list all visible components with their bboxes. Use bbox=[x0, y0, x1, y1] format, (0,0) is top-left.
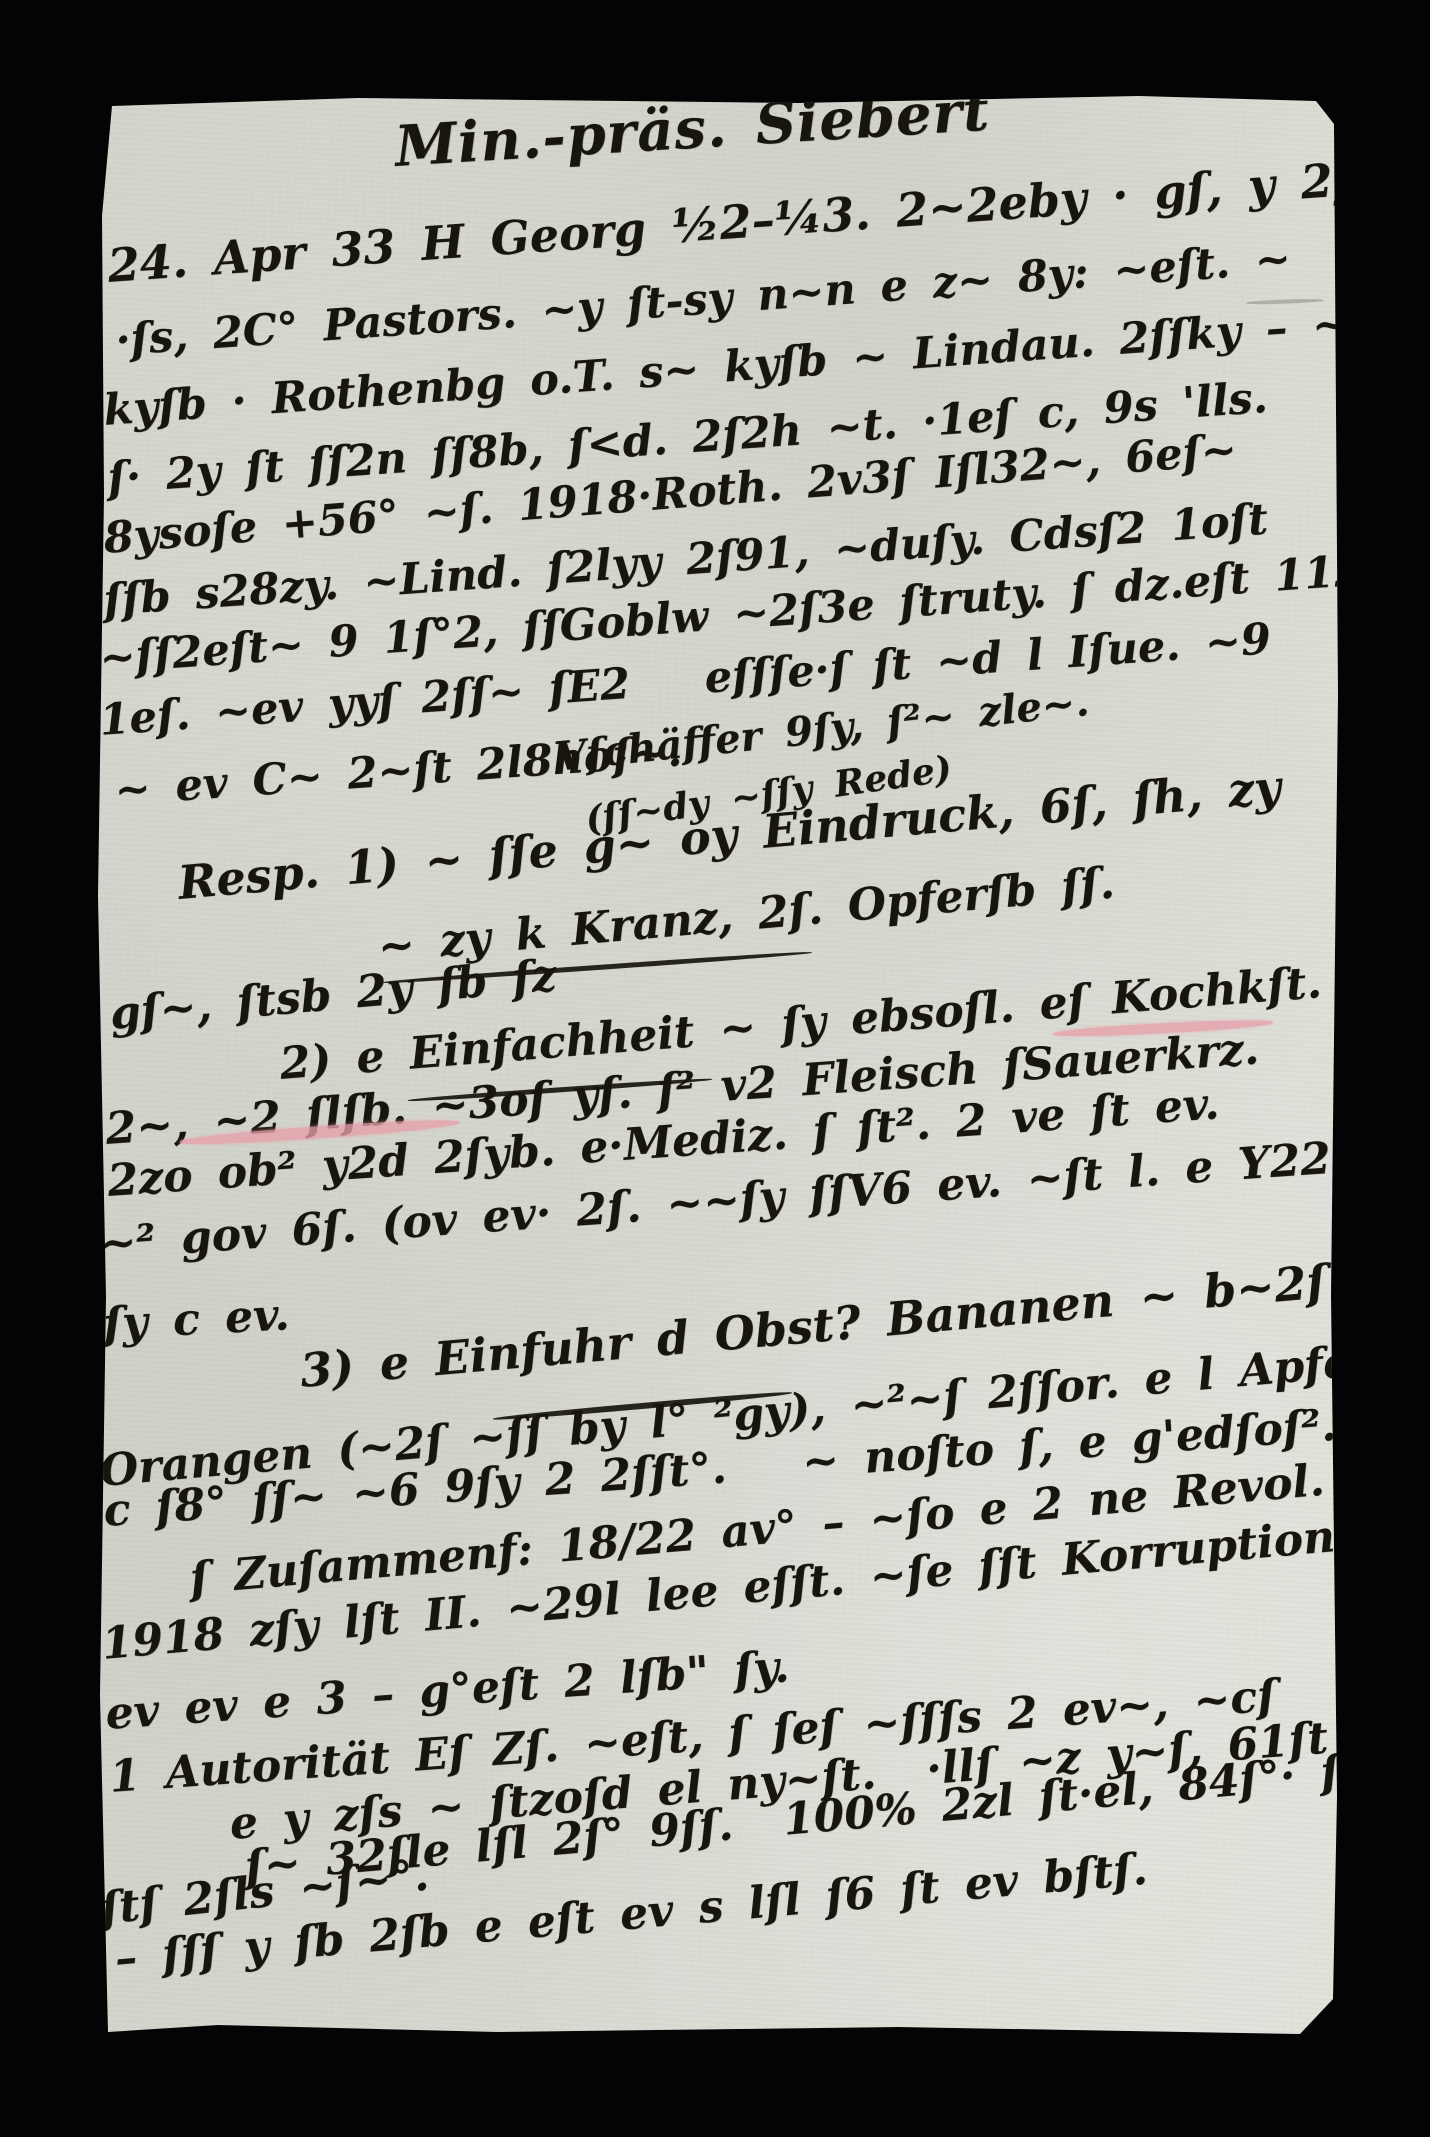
notebook-page: Min.-präs. Siebert 24. Apr 33 H Georg ½2… bbox=[98, 96, 1338, 2036]
scan-background: { "page": { "background_color": "#040404… bbox=[0, 0, 1430, 2137]
page-heading: Min.-präs. Siebert bbox=[393, 78, 992, 180]
scan-black-border: Min.-präs. Siebert 24. Apr 33 H Georg ½2… bbox=[0, 0, 1430, 2137]
handwritten-line: ſy c ev. bbox=[102, 1291, 291, 1349]
